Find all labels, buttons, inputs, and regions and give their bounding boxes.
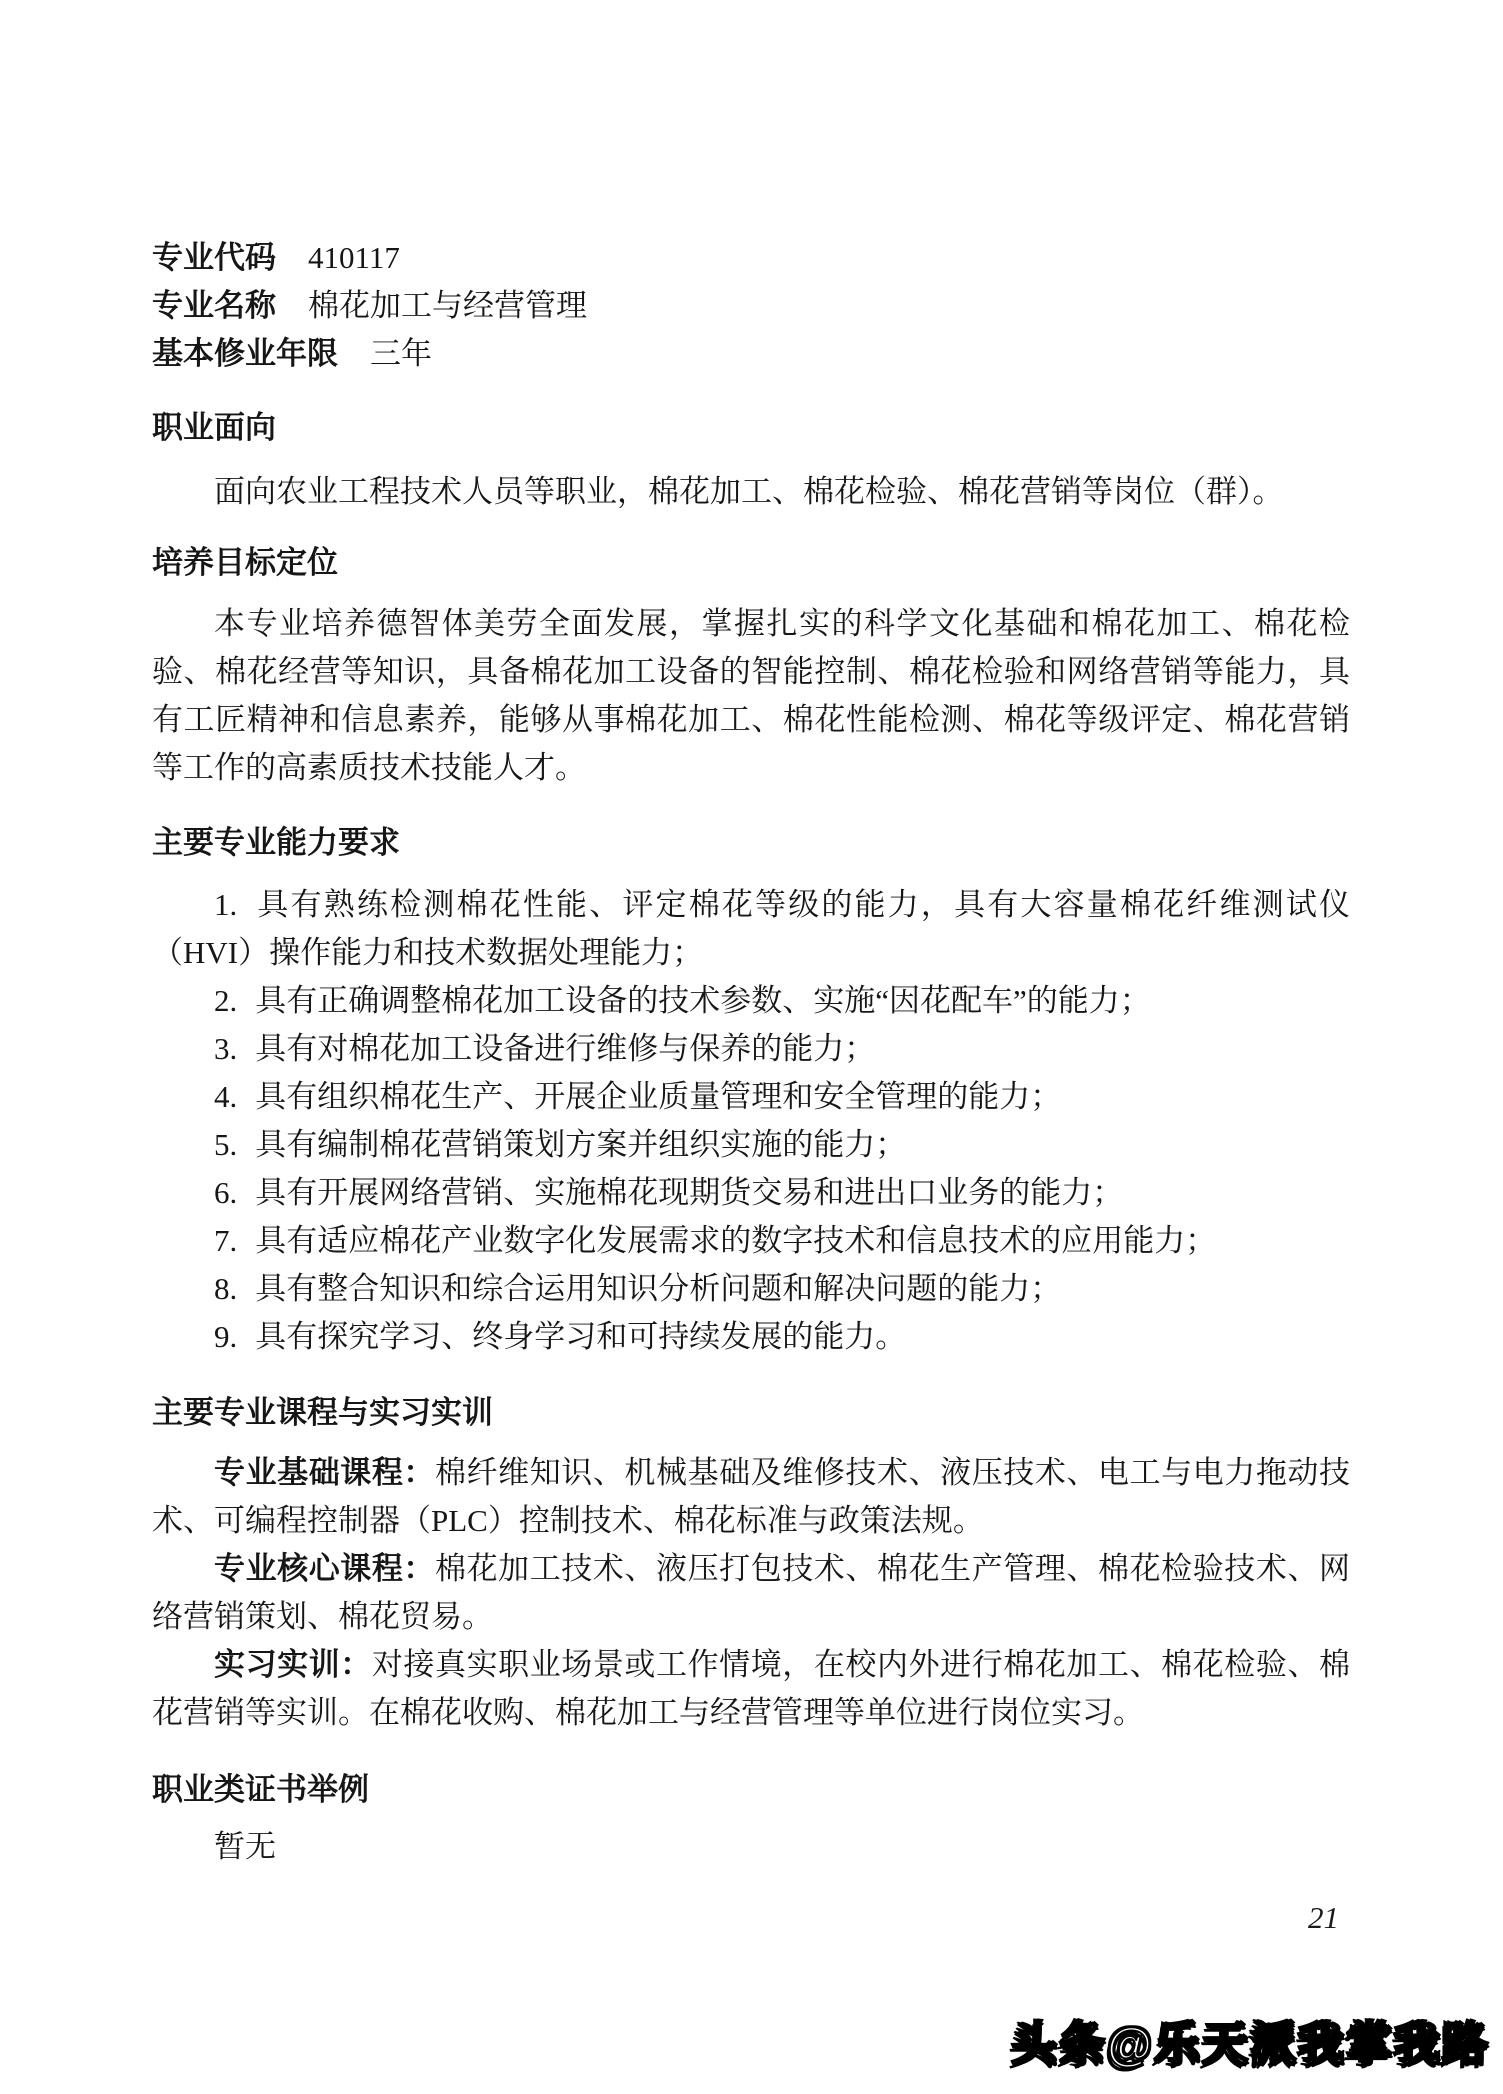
document-content: 专业代码410117 专业名称棉花加工与经营管理 基本修业年限三年 职业面向 面… — [152, 0, 1350, 1871]
section-heading-career: 职业面向 — [152, 404, 1350, 452]
item-number: 2. — [214, 983, 237, 1018]
section-heading-abilities: 主要专业能力要求 — [152, 819, 1350, 867]
field-value-duration: 三年 — [370, 336, 432, 371]
course-label: 专业基础课程： — [214, 1455, 435, 1490]
ability-item-6: 6.具有开展网络营销、实施棉花现期货交易和进出口业务的能力； — [152, 1169, 1350, 1217]
item-number: 6. — [214, 1175, 237, 1210]
section-heading-courses: 主要专业课程与实习实训 — [152, 1389, 1350, 1437]
field-row-name: 专业名称棉花加工与经营管理 — [152, 282, 1350, 330]
ability-item-8: 8.具有整合知识和综合运用知识分析问题和解决问题的能力； — [152, 1265, 1350, 1313]
item-text: 具有正确调整棉花加工设备的技术参数、实施“因花配车”的能力； — [255, 983, 1151, 1018]
course-entry-practice: 实习实训：对接真实职业场景或工作情境，在校内外进行棉花加工、棉花检验、棉花营销等… — [152, 1641, 1350, 1737]
ability-item-3: 3.具有对棉花加工设备进行维修与保养的能力； — [152, 1025, 1350, 1073]
ability-item-2: 2.具有正确调整棉花加工设备的技术参数、实施“因花配车”的能力； — [152, 977, 1350, 1025]
ability-item-9: 9.具有探究学习、终身学习和可持续发展的能力。 — [152, 1313, 1350, 1361]
item-number: 9. — [214, 1319, 237, 1354]
item-text: 具有编制棉花营销策划方案并组织实施的能力； — [255, 1127, 906, 1162]
ability-item-7: 7.具有适应棉花产业数字化发展需求的数字技术和信息技术的应用能力； — [152, 1217, 1350, 1265]
course-label: 专业核心课程： — [214, 1551, 435, 1586]
field-row-code: 专业代码410117 — [152, 234, 1350, 282]
item-text: 具有熟练检测棉花性能、评定棉花等级的能力，具有大容量棉花纤维测试仪（HVI）操作… — [152, 887, 1350, 970]
item-text: 具有对棉花加工设备进行维修与保养的能力； — [255, 1031, 875, 1066]
course-label: 实习实训： — [214, 1647, 372, 1682]
item-number: 3. — [214, 1031, 237, 1066]
page-number: 21 — [1308, 1898, 1339, 1938]
section-heading-goal: 培养目标定位 — [152, 539, 1350, 587]
ability-list: 1.具有熟练检测棉花性能、评定棉花等级的能力，具有大容量棉花纤维测试仪（HVI）… — [152, 881, 1350, 1361]
course-entry-basic: 专业基础课程：棉纤维知识、机械基础及维修技术、液压技术、电工与电力拖动技术、可编… — [152, 1449, 1350, 1545]
item-number: 1. — [214, 887, 237, 922]
item-text: 具有适应棉花产业数字化发展需求的数字技术和信息技术的应用能力； — [255, 1223, 1216, 1258]
career-paragraph: 面向农业工程技术人员等职业，棉花加工、棉花检验、棉花营销等岗位（群）。 — [152, 468, 1350, 516]
item-text: 具有探究学习、终身学习和可持续发展的能力。 — [255, 1319, 906, 1354]
item-number: 8. — [214, 1271, 237, 1306]
field-row-duration: 基本修业年限三年 — [152, 330, 1350, 378]
course-entries: 专业基础课程：棉纤维知识、机械基础及维修技术、液压技术、电工与电力拖动技术、可编… — [152, 1449, 1350, 1737]
item-number: 5. — [214, 1127, 237, 1162]
goal-paragraph: 本专业培养德智体美劳全面发展，掌握扎实的科学文化基础和棉花加工、棉花检验、棉花经… — [152, 600, 1350, 792]
field-value-name: 棉花加工与经营管理 — [308, 288, 587, 323]
item-text: 具有开展网络营销、实施棉花现期货交易和进出口业务的能力； — [255, 1175, 1123, 1210]
ability-item-1: 1.具有熟练检测棉花性能、评定棉花等级的能力，具有大容量棉花纤维测试仪（HVI）… — [152, 881, 1350, 977]
certificates-paragraph: 暂无 — [152, 1823, 1350, 1871]
ability-item-5: 5.具有编制棉花营销策划方案并组织实施的能力； — [152, 1121, 1350, 1169]
course-entry-core: 专业核心课程：棉花加工技术、液压打包技术、棉花生产管理、棉花检验技术、网络营销策… — [152, 1545, 1350, 1641]
field-label-duration: 基本修业年限 — [152, 336, 338, 371]
item-text: 具有组织棉花生产、开展企业质量管理和安全管理的能力； — [255, 1079, 1061, 1114]
item-number: 7. — [214, 1223, 237, 1258]
section-heading-certificates: 职业类证书举例 — [152, 1766, 1350, 1814]
watermark: 头条@乐天派我掌我路 — [1011, 2008, 1490, 2074]
document-page: 专业代码410117 专业名称棉花加工与经营管理 基本修业年限三年 职业面向 面… — [0, 0, 1503, 2094]
field-label-code: 专业代码 — [152, 240, 276, 275]
item-number: 4. — [214, 1079, 237, 1114]
ability-item-4: 4.具有组织棉花生产、开展企业质量管理和安全管理的能力； — [152, 1073, 1350, 1121]
field-value-code: 410117 — [308, 240, 400, 275]
item-text: 具有整合知识和综合运用知识分析问题和解决问题的能力； — [255, 1271, 1061, 1306]
field-label-name: 专业名称 — [152, 288, 276, 323]
